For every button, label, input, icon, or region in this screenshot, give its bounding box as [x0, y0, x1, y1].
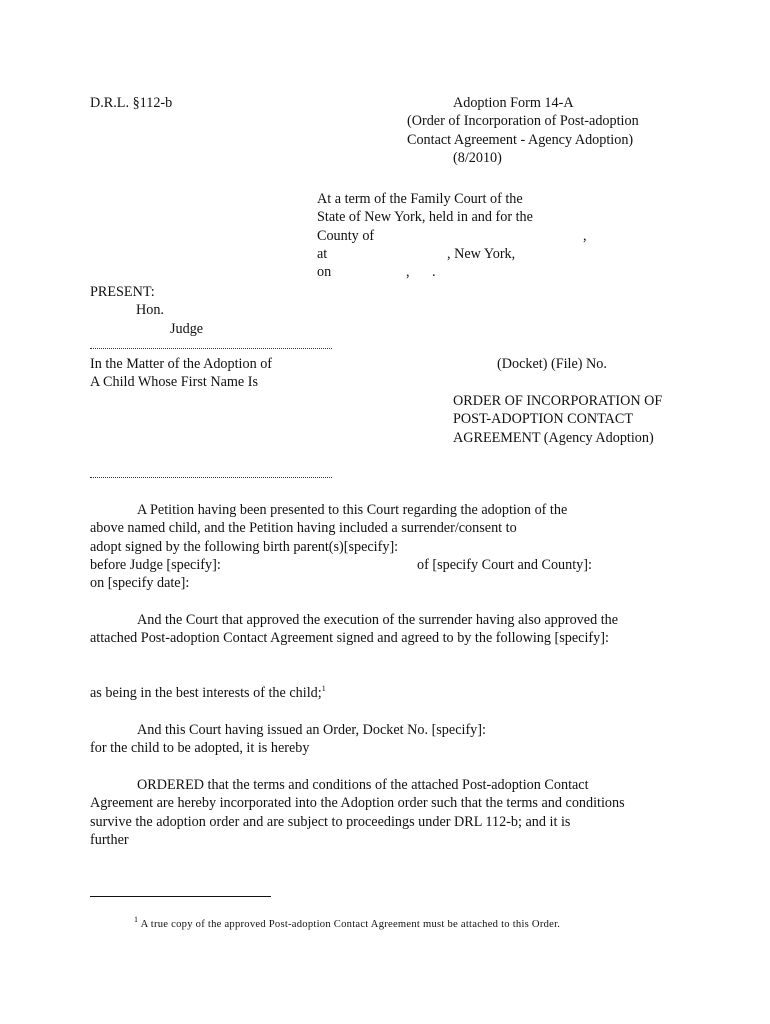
- order-title-line-2: POST-ADOPTION CONTACT: [453, 410, 662, 428]
- court-term-block: At a term of the Family Court of the Sta…: [317, 190, 533, 281]
- footnote-reference[interactable]: 1: [322, 684, 326, 693]
- at-label: at: [317, 246, 327, 262]
- petition-line-1: A Petition having been presented to this…: [90, 501, 567, 519]
- ordered-line-4: further: [90, 831, 625, 849]
- approval-line-1: And the Court that approved the executio…: [90, 611, 618, 629]
- date-comma: ,: [406, 263, 410, 281]
- ordered-line-3: survive the adoption order and are subje…: [90, 813, 625, 831]
- county-comma: ,: [583, 227, 587, 245]
- caption-top-divider: [90, 348, 332, 349]
- prior-order-line-1: And this Court having issued an Order, D…: [90, 721, 486, 739]
- present-label: PRESENT:: [90, 283, 203, 301]
- date-period: .: [432, 263, 436, 281]
- petition-line-3: adopt signed by the following birth pare…: [90, 538, 567, 556]
- ordered-line-1: ORDERED that the terms and conditions of…: [90, 776, 625, 794]
- footnote-text: A true copy of the approved Post-adoptio…: [141, 919, 561, 930]
- best-interests-line: as being in the best interests of the ch…: [90, 684, 326, 702]
- prior-order-paragraph: And this Court having issued an Order, D…: [90, 721, 486, 758]
- caption-matter-block: In the Matter of the Adoption of A Child…: [90, 355, 272, 392]
- matter-line-2: A Child Whose First Name Is: [90, 373, 272, 391]
- matter-line-1: In the Matter of the Adoption of: [90, 355, 272, 373]
- approval-line-2: attached Post-adoption Contact Agreement…: [90, 629, 618, 647]
- petition-line-4: before Judge [specify]: of [specify Cour…: [90, 556, 567, 574]
- order-title-block: ORDER OF INCORPORATION OF POST-ADOPTION …: [453, 392, 662, 447]
- ordered-paragraph: ORDERED that the terms and conditions of…: [90, 776, 625, 849]
- docket-file-number-label: (Docket) (File) No.: [497, 355, 607, 373]
- statute-reference: D.R.L. §112-b: [90, 94, 172, 112]
- form-number: Adoption Form 14-A: [407, 94, 639, 112]
- county-label: County of: [317, 228, 374, 244]
- agreement-approval-paragraph: And the Court that approved the executio…: [90, 611, 618, 648]
- prior-order-line-2: for the child to be adopted, it is hereb…: [90, 739, 486, 757]
- court-term-line-2: State of New York, held in and for the: [317, 208, 533, 226]
- location-line: at , New York,: [317, 245, 533, 263]
- footnote-separator: [90, 896, 271, 897]
- on-label: on: [317, 264, 331, 280]
- petition-paragraph: A Petition having been presented to this…: [90, 501, 567, 592]
- footnote-mark: 1: [134, 915, 138, 924]
- county-line: County of ,: [317, 227, 533, 245]
- new-york-suffix: , New York,: [447, 245, 515, 263]
- order-title-line-3: AGREEMENT (Agency Adoption): [453, 429, 662, 447]
- court-term-line-1: At a term of the Family Court of the: [317, 190, 533, 208]
- petition-date-label: on [specify date]:: [90, 574, 567, 592]
- form-revision-date: (8/2010): [407, 149, 639, 167]
- date-line: on , .: [317, 263, 533, 281]
- form-identifier-block: Adoption Form 14-A (Order of Incorporati…: [407, 94, 639, 167]
- caption-bottom-divider: [90, 477, 332, 478]
- form-subtitle-line-1: (Order of Incorporation of Post-adoption: [407, 112, 639, 130]
- before-judge-label: before Judge [specify]:: [90, 557, 221, 573]
- ordered-line-2: Agreement are hereby incorporated into t…: [90, 794, 625, 812]
- form-subtitle-line-2: Contact Agreement - Agency Adoption): [407, 131, 639, 149]
- order-title-line-1: ORDER OF INCORPORATION OF: [453, 392, 662, 410]
- present-block: PRESENT: Hon. Judge: [90, 283, 203, 338]
- court-county-label: of [specify Court and County]:: [417, 556, 592, 574]
- petition-line-2: above named child, and the Petition havi…: [90, 519, 567, 537]
- judge-label: Judge: [90, 320, 203, 338]
- hon-label: Hon.: [90, 301, 203, 319]
- footnote: 1 A true copy of the approved Post-adopt…: [134, 916, 560, 934]
- best-interests-text: as being in the best interests of the ch…: [90, 685, 322, 701]
